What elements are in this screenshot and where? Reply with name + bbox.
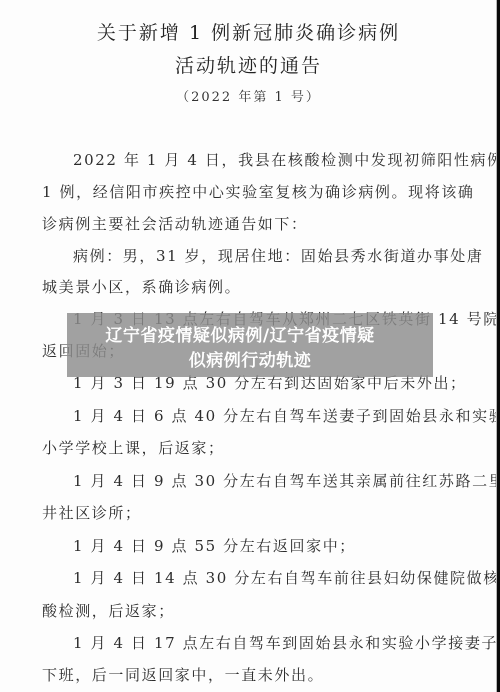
- document-title-line1: 关于新增 1 例新冠肺炎确诊病例: [0, 18, 497, 45]
- overlay-caption-line2: 似病例行动轨迹: [67, 346, 433, 371]
- paragraph-line: 2022 年 1 月 4 日，我县在核酸检测中发现初筛阳性病例: [73, 149, 500, 170]
- paragraph-line: 下班，后一同返回家中，一直未外出。: [42, 664, 324, 685]
- document-page: 关于新增 1 例新冠肺炎确诊病例 活动轨迹的通告 （2022 年第 1 号） 2…: [0, 0, 497, 692]
- paragraph-line: 诊病例主要社会活动轨迹通告如下：: [42, 213, 308, 234]
- paragraph-line: 井社区诊所；: [42, 502, 142, 523]
- document-title-line2: 活动轨迹的通告: [0, 51, 497, 78]
- paragraph-line: 1 月 4 日 17 点左右自驾车到固始县永和实验小学接妻子: [73, 632, 498, 653]
- paragraph-line: 城美景小区，系确诊病例。: [42, 276, 241, 297]
- paragraph-line: 病例：男，31 岁，现居住地：固始县秀水街道办事处唐: [73, 245, 483, 266]
- caption-overlay: 辽宁省疫情疑似病例/辽宁省疫情疑 似病例行动轨迹: [67, 313, 433, 377]
- document-number: （2022 年第 1 号）: [0, 86, 497, 105]
- paragraph-line: 1 月 4 日 9 点 30 分左右自驾车送其亲属前往红苏路二里: [73, 470, 500, 491]
- paragraph-line: 小学学校上课，后返家；: [42, 437, 225, 458]
- paragraph-line: 酸检测，后返家；: [42, 600, 175, 621]
- paragraph-line: 1 例，经信阳市疾控中心实验室复核为确诊病例。现将该确: [42, 181, 475, 202]
- paragraph-line: 1 月 4 日 6 点 40 分左右自驾车送妻子到固始县永和实验: [73, 405, 500, 426]
- paragraph-line: 1 月 4 日 14 点 30 分左右自驾车前往县妇幼保健院做核: [73, 567, 500, 588]
- paragraph-line: 1 月 4 日 9 点 55 分左右返回家中；: [73, 535, 356, 556]
- overlay-caption-line1: 辽宁省疫情疑似病例/辽宁省疫情疑: [57, 321, 423, 346]
